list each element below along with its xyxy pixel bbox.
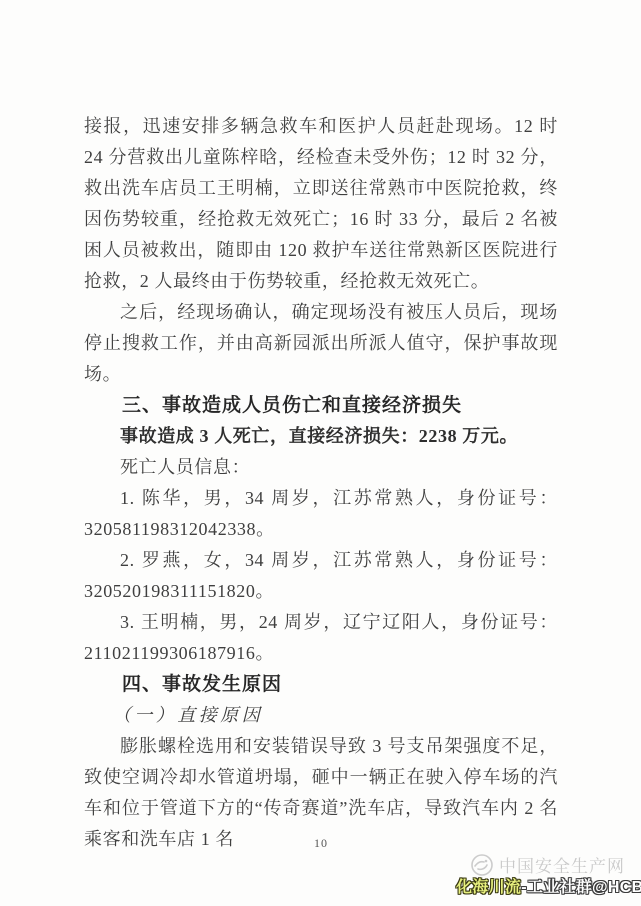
document-page: 接报，迅速安排多辆急救车和医护人员赶赴现场。12 时 24 分营救出儿童陈梓晗，… bbox=[0, 0, 641, 906]
community-watermark: 化海川流-工业社群@HCBBS bbox=[456, 874, 641, 897]
casualty-summary: 事故造成 3 人死亡，直接经济损失：2238 万元。 bbox=[84, 421, 558, 452]
deceased-item: 3. 王明楠，男，24 周岁，辽宁辽阳人，身份证号：21102119930618… bbox=[84, 607, 558, 669]
community-watermark-suffix: -工业社群@HCBBS bbox=[521, 879, 641, 896]
page-number: 10 bbox=[84, 836, 558, 851]
section-heading-cause: 四、事故发生原因 bbox=[84, 669, 558, 700]
deceased-item: 2. 罗燕，女，34 周岁，江苏常熟人，身份证号：320520198311151… bbox=[84, 545, 558, 607]
deceased-item: 1. 陈华，男，34 周岁，江苏常熟人，身份证号：320581198312042… bbox=[84, 483, 558, 545]
body-paragraph: 之后，经现场确认，确定现场没有被压人员后，现场停止搜救工作，并由高新园派出所派人… bbox=[84, 297, 558, 390]
body-paragraph: 接报，迅速安排多辆急救车和医护人员赶赴现场。12 时 24 分营救出儿童陈梓晗，… bbox=[84, 111, 558, 297]
section-heading-casualties: 三、事故造成人员伤亡和直接经济损失 bbox=[84, 390, 558, 421]
deceased-info-label: 死亡人员信息： bbox=[84, 452, 558, 483]
subsection-heading-direct-cause: （一）直接原因 bbox=[84, 700, 558, 731]
china-work-safety-logo-icon bbox=[470, 853, 494, 877]
community-watermark-name: 化海川流 bbox=[456, 879, 521, 896]
document-body: 接报，迅速安排多辆急救车和医护人员赶赴现场。12 时 24 分营救出儿童陈梓晗，… bbox=[84, 111, 558, 855]
